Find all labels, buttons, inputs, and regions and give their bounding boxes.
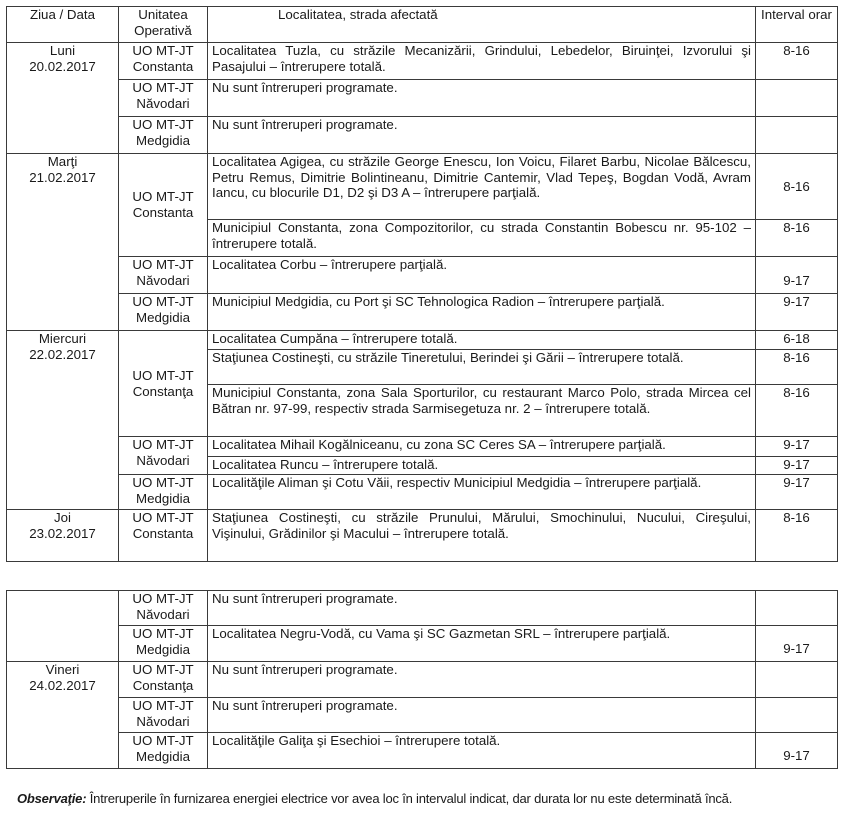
- location-cell: Municipiul Medgidia, cu Port şi SC Tehno…: [208, 294, 756, 331]
- observation-label: Observaţie:: [17, 791, 86, 806]
- location-cell: Nu sunt întreruperi programate.: [208, 698, 756, 733]
- table-row: UO MT-JT Medgidia Municipiul Medgidia, c…: [7, 294, 838, 331]
- interval-cell: 8-16: [756, 154, 838, 220]
- day-name: Marţi: [11, 154, 114, 170]
- table-row: Luni 20.02.2017 UO MT-JT Constanta Local…: [7, 43, 838, 80]
- day-cell: Marţi 21.02.2017: [7, 154, 119, 331]
- day-name: Luni: [11, 43, 114, 59]
- table-row: Vineri 24.02.2017 UO MT-JT Constanţa Nu …: [7, 662, 838, 698]
- interval-cell: [756, 591, 838, 626]
- interval-cell: [756, 698, 838, 733]
- interval-cell: 9-17: [756, 733, 838, 769]
- table-row: Marţi 21.02.2017 UO MT-JT Constanta Loca…: [7, 154, 838, 220]
- location-cell: Localitatea Agigea, cu străzile George E…: [208, 154, 756, 220]
- interval-cell: 9-17: [756, 437, 838, 457]
- table-row: UO MT-JT Năvodari Nu sunt întreruperi pr…: [7, 698, 838, 733]
- unit-cell: UO MT-JT Năvodari: [119, 80, 208, 117]
- outage-schedule-table-page-1: Ziua / Data Unitatea Operativă Localitat…: [6, 6, 838, 562]
- location-cell: Localitatea Tuzla, cu străzile Mecanizăr…: [208, 43, 756, 80]
- day-date: 20.02.2017: [11, 59, 114, 75]
- unit-cell: UO MT-JT Năvodari: [119, 437, 208, 475]
- table-row: Joi 23.02.2017 UO MT-JT Constanta Staţiu…: [7, 510, 838, 562]
- header-unit: Unitatea Operativă: [119, 7, 208, 43]
- location-cell: Nu sunt întreruperi programate.: [208, 80, 756, 117]
- unit-cell: UO MT-JT Constanţa: [119, 331, 208, 437]
- day-date: 21.02.2017: [11, 170, 114, 186]
- unit-cell: UO MT-JT Constanta: [119, 510, 208, 562]
- location-cell: Staţiunea Costineşti, cu străzile Tinere…: [208, 350, 756, 385]
- location-cell: Localitatea Runcu – întrerupere totală.: [208, 457, 756, 475]
- unit-cell: UO MT-JT Medgidia: [119, 475, 208, 510]
- interval-cell: 9-17: [756, 626, 838, 662]
- interval-cell: [756, 662, 838, 698]
- interval-cell: 8-16: [756, 510, 838, 562]
- location-cell: Municipiul Constanta, zona Compozitorilo…: [208, 220, 756, 257]
- day-cell: Joi 23.02.2017: [7, 510, 119, 562]
- unit-cell: UO MT-JT Constanţa: [119, 662, 208, 698]
- interval-cell: [756, 117, 838, 154]
- outage-schedule-table-page-2: UO MT-JT Năvodari Nu sunt întreruperi pr…: [6, 590, 838, 769]
- location-cell: Localitatea Negru-Vodă, cu Vama şi SC Ga…: [208, 626, 756, 662]
- location-cell: Staţiunea Costineşti, cu străzile Prunul…: [208, 510, 756, 562]
- unit-cell: UO MT-JT Constanta: [119, 154, 208, 257]
- table-header-row: Ziua / Data Unitatea Operativă Localitat…: [7, 7, 838, 43]
- table-row: UO MT-JT Năvodari Localitatea Corbu – în…: [7, 257, 838, 294]
- day-cell-continued: [7, 591, 119, 662]
- interval-cell: [756, 80, 838, 117]
- interval-cell: 8-16: [756, 350, 838, 385]
- table-row: UO MT-JT Năvodari Nu sunt întreruperi pr…: [7, 591, 838, 626]
- table-row: UO MT-JT Năvodari Nu sunt întreruperi pr…: [7, 80, 838, 117]
- day-name: Vineri: [11, 662, 114, 678]
- table-row: UO MT-JT Năvodari Localitatea Mihail Kog…: [7, 437, 838, 457]
- location-cell: Municipiul Constanta, zona Sala Sporturi…: [208, 385, 756, 437]
- day-name: Joi: [11, 510, 114, 526]
- table-row: Miercuri 22.02.2017 UO MT-JT Constanţa L…: [7, 331, 838, 350]
- header-interval: Interval orar: [756, 7, 838, 43]
- unit-cell: UO MT-JT Năvodari: [119, 591, 208, 626]
- header-location: Localitatea, strada afectată: [208, 7, 756, 43]
- table-row: UO MT-JT Medgidia Localităţile Aliman şi…: [7, 475, 838, 510]
- location-cell: Nu sunt întreruperi programate.: [208, 117, 756, 154]
- unit-cell: UO MT-JT Medgidia: [119, 733, 208, 769]
- interval-cell: 9-17: [756, 257, 838, 294]
- location-cell: Nu sunt întreruperi programate.: [208, 662, 756, 698]
- interval-cell: 9-17: [756, 475, 838, 510]
- location-cell: Nu sunt întreruperi programate.: [208, 591, 756, 626]
- day-cell: Vineri 24.02.2017: [7, 662, 119, 769]
- day-cell: Miercuri 22.02.2017: [7, 331, 119, 510]
- table-row: UO MT-JT Medgidia Localităţile Galiţa şi…: [7, 733, 838, 769]
- location-cell: Localitatea Mihail Kogălniceanu, cu zona…: [208, 437, 756, 457]
- unit-cell: UO MT-JT Năvodari: [119, 698, 208, 733]
- unit-cell: UO MT-JT Constanta: [119, 43, 208, 80]
- day-date: 23.02.2017: [11, 526, 114, 542]
- header-day-date: Ziua / Data: [7, 7, 119, 43]
- interval-cell: 9-17: [756, 294, 838, 331]
- day-date: 22.02.2017: [11, 347, 114, 363]
- day-date: 24.02.2017: [11, 678, 114, 694]
- interval-cell: 8-16: [756, 220, 838, 257]
- interval-cell: 6-18: [756, 331, 838, 350]
- unit-cell: UO MT-JT Medgidia: [119, 626, 208, 662]
- day-name: Miercuri: [11, 331, 114, 347]
- unit-cell: UO MT-JT Medgidia: [119, 117, 208, 154]
- observation-text: Întreruperile în furnizarea energiei ele…: [86, 791, 732, 806]
- table-row: UO MT-JT Medgidia Localitatea Negru-Vodă…: [7, 626, 838, 662]
- day-cell: Luni 20.02.2017: [7, 43, 119, 154]
- location-cell: Localitatea Cumpăna – întrerupere totală…: [208, 331, 756, 350]
- location-cell: Localităţile Aliman şi Cotu Văii, respec…: [208, 475, 756, 510]
- location-cell: Localitatea Corbu – întrerupere parţială…: [208, 257, 756, 294]
- interval-cell: 9-17: [756, 457, 838, 475]
- interval-cell: 8-16: [756, 385, 838, 437]
- observation-note: Observaţie: Întreruperile în furnizarea …: [17, 791, 812, 807]
- location-cell: Localităţile Galiţa şi Esechioi – întrer…: [208, 733, 756, 769]
- interval-cell: 8-16: [756, 43, 838, 80]
- unit-cell: UO MT-JT Medgidia: [119, 294, 208, 331]
- unit-cell: UO MT-JT Năvodari: [119, 257, 208, 294]
- table-row: UO MT-JT Medgidia Nu sunt întreruperi pr…: [7, 117, 838, 154]
